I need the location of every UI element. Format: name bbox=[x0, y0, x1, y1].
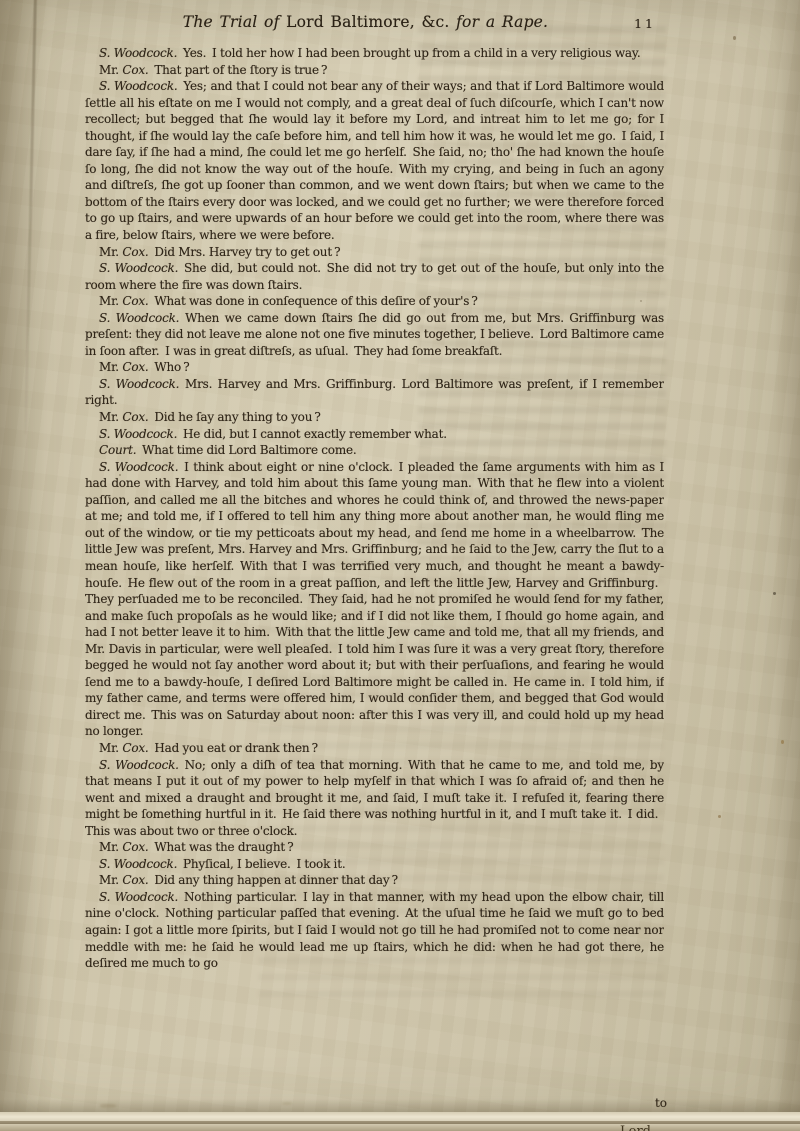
foxing-spot bbox=[119, 474, 121, 476]
foxing-spot bbox=[733, 36, 736, 40]
page-bottom-shadow bbox=[0, 1099, 800, 1112]
speech-text: Had you eat or drank then ? bbox=[149, 741, 318, 755]
speaker-prefix: Mr. bbox=[99, 63, 122, 77]
title-segment-italic: for a Rape. bbox=[456, 13, 548, 31]
speaker-name: Cox. bbox=[122, 294, 148, 308]
speech-text: That part of the ſtory is true ? bbox=[149, 63, 328, 77]
page-number: 11 bbox=[634, 16, 656, 31]
speaker-name: S. Woodcock. bbox=[99, 857, 177, 871]
speaker-name: Court. bbox=[99, 443, 136, 457]
speaker-prefix: Mr. bbox=[99, 360, 122, 374]
testimony-paragraph: Mr. Cox. Did Mrs. Harvey try to get out … bbox=[85, 244, 664, 261]
speaker-prefix: Mr. bbox=[99, 741, 122, 755]
testimony-paragraph: Court. What time did Lord Baltimore come… bbox=[85, 442, 664, 459]
testimony-paragraph: S. Woodcock. Nothing particular. I lay i… bbox=[85, 889, 664, 972]
testimony-paragraph: S. Woodcock. Mrs. Harvey and Mrs. Griffi… bbox=[85, 376, 664, 409]
foxing-spot bbox=[640, 300, 642, 302]
speaker-name: S. Woodcock. bbox=[99, 758, 179, 772]
speech-text: Yes. I told her how I had been brought u… bbox=[177, 46, 640, 60]
gutter-shadow bbox=[0, 0, 48, 1131]
page-title: The Trial of Lord Baltimore, &c. for a R… bbox=[76, 13, 655, 31]
speaker-prefix: Mr. bbox=[99, 840, 122, 854]
speaker-name: S. Woodcock. bbox=[99, 311, 179, 325]
speech-text: Did Mrs. Harvey try to get out ? bbox=[149, 245, 341, 259]
speaker-name: S. Woodcock. bbox=[99, 46, 177, 60]
title-segment-roman: Lord Baltimore, &c. bbox=[286, 13, 456, 31]
speaker-prefix: Mr. bbox=[99, 873, 122, 887]
page-bottom-edge bbox=[0, 1112, 800, 1121]
speech-text: Did any thing happen at dinner that day … bbox=[149, 873, 398, 887]
ink-smudge bbox=[282, 1102, 292, 1105]
speech-text: What was done in conſequence of this deſ… bbox=[149, 294, 478, 308]
speaker-name: Cox. bbox=[122, 360, 148, 374]
speaker-name: Cox. bbox=[122, 245, 148, 259]
testimony-paragraph: S. Woodcock. I think about eight or nine… bbox=[85, 459, 664, 740]
running-header: The Trial of Lord Baltimore, &c. for a R… bbox=[85, 13, 664, 39]
speaker-name: Cox. bbox=[122, 840, 148, 854]
next-page-peek: Lord bbox=[0, 1124, 800, 1131]
speaker-name: S. Woodcock. bbox=[99, 261, 178, 275]
speech-text: Did he ſay any thing to you ? bbox=[149, 410, 321, 424]
testimony-paragraph: S. Woodcock. No; only a diſh of tea that… bbox=[85, 757, 664, 840]
speaker-name: S. Woodcock. bbox=[99, 79, 178, 93]
speech-text: Who ? bbox=[149, 360, 190, 374]
speech-text: What was the draught ? bbox=[149, 840, 294, 854]
book-page-scan: The Trial of Lord Baltimore, &c. for a R… bbox=[0, 0, 800, 1131]
speaker-name: S. Woodcock. bbox=[99, 460, 178, 474]
speech-text: He did, but I cannot exactly remember wh… bbox=[177, 427, 447, 441]
speech-text: What time did Lord Baltimore come. bbox=[136, 443, 356, 457]
speaker-name: S. Woodcock. bbox=[99, 427, 177, 441]
testimony-paragraph: Mr. Cox. Had you eat or drank then ? bbox=[85, 740, 664, 757]
foxing-spot bbox=[773, 592, 776, 595]
speaker-prefix: Mr. bbox=[99, 245, 122, 259]
testimony-paragraph: S. Woodcock. When we came down ſtairs ſh… bbox=[85, 310, 664, 360]
title-segment-italic: The Trial of bbox=[183, 13, 286, 31]
speech-text: I think about eight or nine o'clock. I p… bbox=[85, 460, 664, 739]
testimony-paragraph: S. Woodcock. Yes; and that I could not b… bbox=[85, 78, 664, 243]
testimony-paragraph: S. Woodcock. He did, but I cannot exactl… bbox=[85, 426, 664, 443]
speech-text: Yes; and that I could not bear any of th… bbox=[85, 79, 664, 242]
testimony-paragraph: Mr. Cox. Did any thing happen at dinner … bbox=[85, 872, 664, 889]
right-edge-shade bbox=[774, 0, 800, 1131]
testimony-paragraph: Mr. Cox. That part of the ſtory is true … bbox=[85, 62, 664, 79]
speaker-name: Cox. bbox=[122, 741, 148, 755]
foxing-spot bbox=[781, 740, 784, 744]
testimony-paragraph: Mr. Cox. What was done in conſequence of… bbox=[85, 293, 664, 310]
speaker-prefix: Mr. bbox=[99, 294, 122, 308]
testimony-text-block: S. Woodcock. Yes. I told her how I had b… bbox=[85, 45, 664, 972]
testimony-paragraph: S. Woodcock. She did, but could not. She… bbox=[85, 260, 664, 293]
speaker-name: Cox. bbox=[122, 410, 148, 424]
testimony-paragraph: Mr. Cox. Who ? bbox=[85, 359, 664, 376]
speaker-name: S. Woodcock. bbox=[99, 377, 179, 391]
speech-text: Phyſical, I believe. I took it. bbox=[177, 857, 345, 871]
testimony-paragraph: S. Woodcock. Yes. I told her how I had b… bbox=[85, 45, 664, 62]
ink-smudge bbox=[100, 1104, 116, 1108]
speaker-name: Cox. bbox=[122, 63, 148, 77]
speaker-prefix: Mr. bbox=[99, 410, 122, 424]
foxing-spot bbox=[718, 815, 721, 818]
testimony-paragraph: Mr. Cox. What was the draught ? bbox=[85, 839, 664, 856]
testimony-paragraph: S. Woodcock. Phyſical, I believe. I took… bbox=[85, 856, 664, 873]
next-page-catchword: Lord bbox=[620, 1124, 651, 1131]
testimony-paragraph: Mr. Cox. Did he ſay any thing to you ? bbox=[85, 409, 664, 426]
speaker-name: S. Woodcock. bbox=[99, 890, 178, 904]
speaker-name: Cox. bbox=[122, 873, 148, 887]
